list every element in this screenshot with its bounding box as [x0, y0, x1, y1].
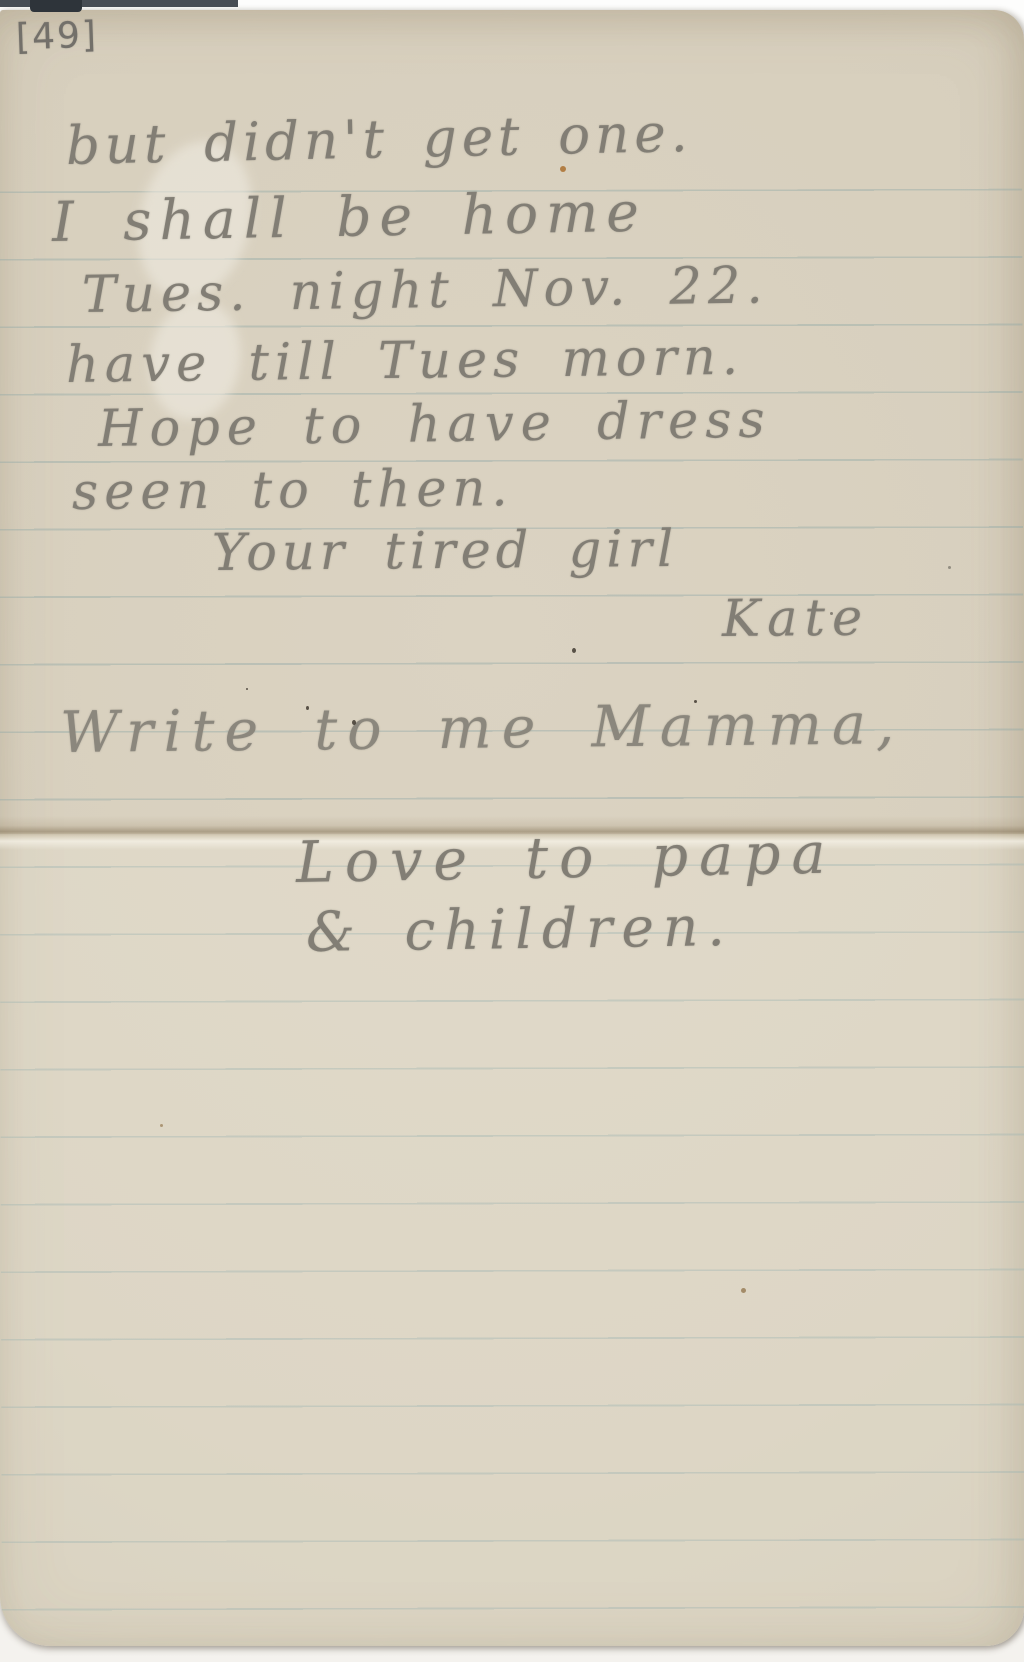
paper-speck [572, 648, 576, 653]
postscript-line: Write to me Mamma, [60, 691, 905, 766]
page-number: [49] [15, 15, 98, 59]
paper-speck [352, 720, 356, 725]
scanned-letter-page: [49] but didn't get one. I shall be home… [0, 0, 1024, 1662]
postscript-line: & children. [306, 894, 735, 964]
handwritten-line: Tues. night Nov. 22. [82, 256, 769, 325]
handwritten-line: I shall be home [51, 180, 647, 254]
signature: Kate [722, 589, 870, 649]
foxing-spot [560, 166, 566, 172]
paper-speck [948, 566, 951, 569]
paper-speck [694, 700, 697, 703]
foxing-spot [160, 1124, 163, 1127]
paper-speck [830, 612, 833, 615]
handwritten-line: seen to then. [72, 459, 514, 522]
closing-line: Your tired girl [212, 520, 679, 583]
foxing-spot [741, 1288, 746, 1293]
handwritten-line: Hope to have dress [98, 391, 772, 459]
postscript-line: Love to papa [295, 821, 837, 896]
handwritten-line: have till Tues morn. [66, 328, 745, 395]
paper-speck [306, 706, 309, 710]
scanner-edge-artifact [30, 0, 82, 12]
paper-speck [246, 688, 248, 690]
